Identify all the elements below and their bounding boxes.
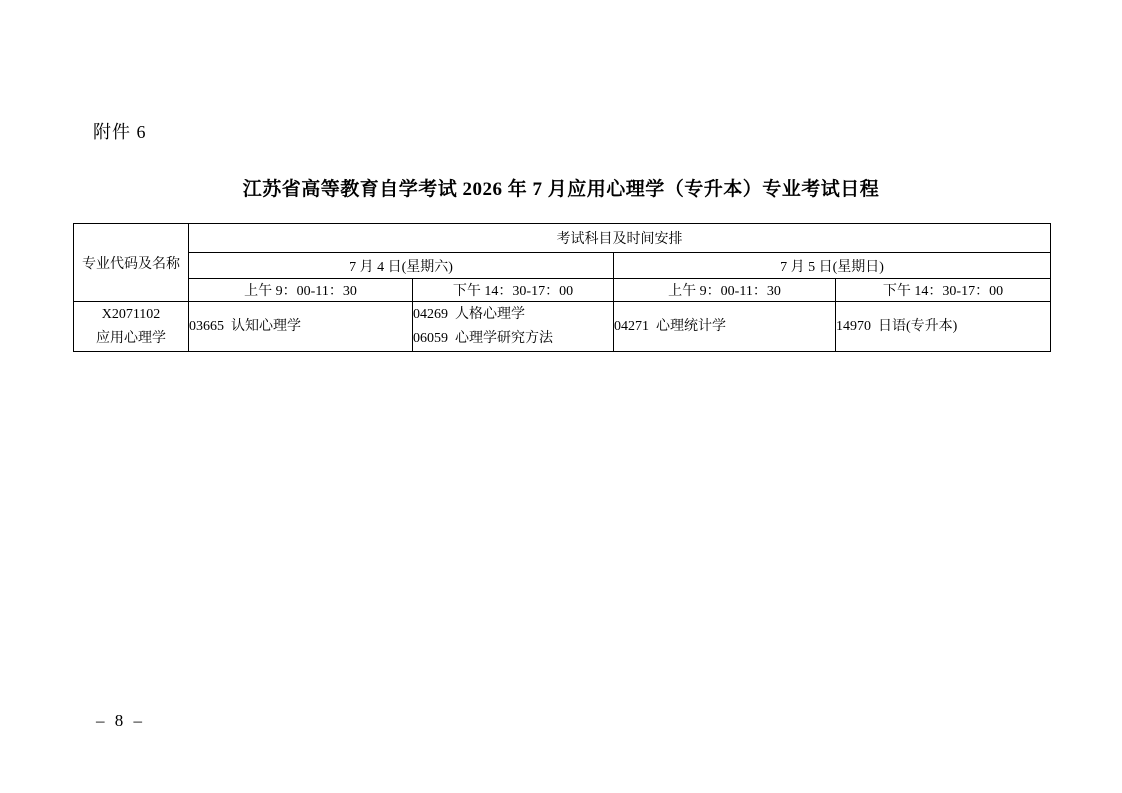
header-time-sat-afternoon: 下午 14：30-17：00 — [413, 279, 614, 302]
attachment-label: 附件 6 — [93, 118, 147, 144]
cell-sun-afternoon-courses: 14970 日语(专升本) — [836, 302, 1051, 352]
document-title: 江苏省高等教育自学考试 2026 年 7 月应用心理学（专升本）专业考试日程 — [0, 174, 1122, 201]
header-time-sun-morning: 上午 9：00-11：30 — [614, 279, 836, 302]
table-header-row-days: 7 月 4 日(星期六) 7 月 5 日(星期日) — [74, 253, 1051, 279]
page-number: – 8 – — [96, 711, 145, 731]
cell-major-code-name: X2071102 应用心理学 — [74, 302, 189, 352]
table-header-row-main: 专业代码及名称 考试科目及时间安排 — [74, 224, 1051, 253]
header-time-sun-afternoon: 下午 14：30-17：00 — [836, 279, 1051, 302]
cell-sun-morning-courses: 04271 心理统计学 — [614, 302, 836, 352]
header-day-sunday: 7 月 5 日(星期日) — [614, 253, 1051, 279]
header-subjects-and-times: 考试科目及时间安排 — [189, 224, 1051, 253]
header-day-saturday: 7 月 4 日(星期六) — [189, 253, 614, 279]
document-page: 附件 6 江苏省高等教育自学考试 2026 年 7 月应用心理学（专升本）专业考… — [0, 0, 1122, 793]
cell-sat-afternoon-courses: 04269 人格心理学 06059 心理学研究方法 — [413, 302, 614, 352]
table-row: X2071102 应用心理学 03665 认知心理学 04269 人格心理学 0… — [74, 302, 1051, 352]
table-header-row-times: 上午 9：00-11：30 下午 14：30-17：00 上午 9：00-11：… — [74, 279, 1051, 302]
cell-sat-morning-courses: 03665 认知心理学 — [189, 302, 413, 352]
exam-schedule-table: 专业代码及名称 考试科目及时间安排 7 月 4 日(星期六) 7 月 5 日(星… — [73, 223, 1051, 352]
header-major-code-name: 专业代码及名称 — [74, 224, 189, 302]
header-time-sat-morning: 上午 9：00-11：30 — [189, 279, 413, 302]
